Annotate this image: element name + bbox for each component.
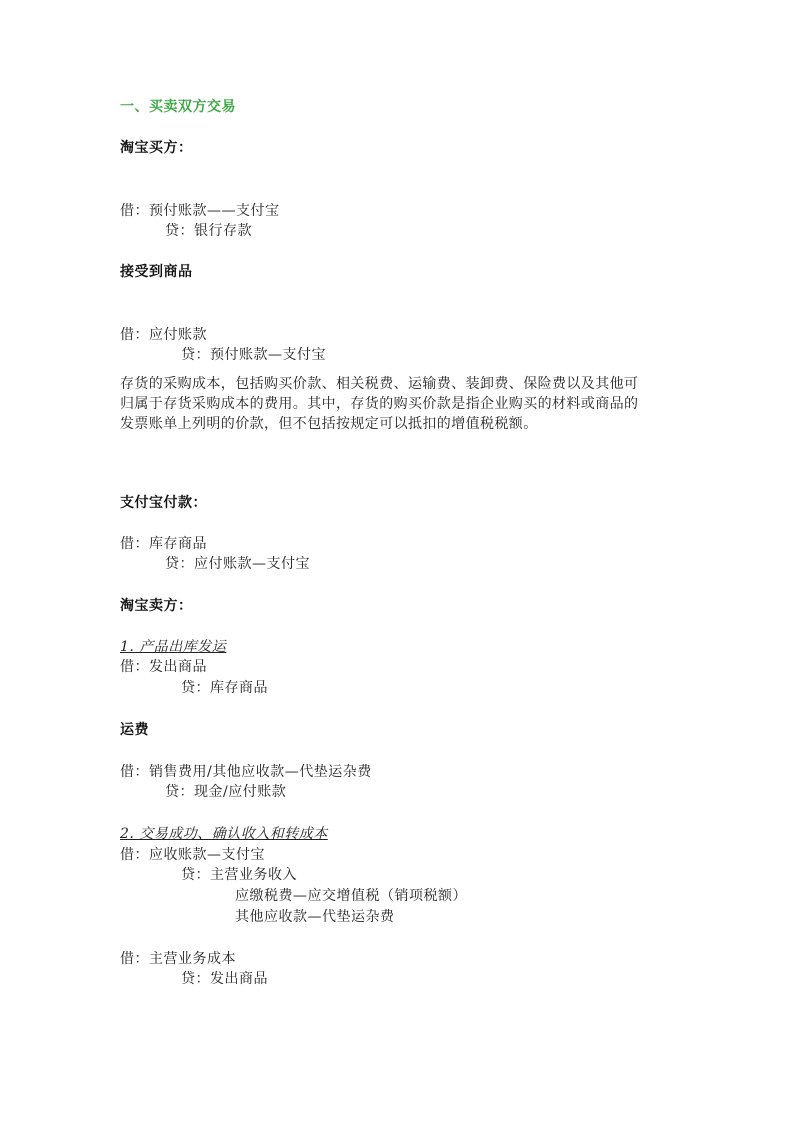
paragraph-line: 发票账单上列明的价款，但不包括按规定可以抵扣的增值税税额。: [120, 414, 680, 434]
buyer-entry2-credit: 贷：预付账款—支付宝: [181, 345, 326, 365]
buyer-entry1-debit: 借：预付账款——支付宝: [120, 201, 280, 221]
step2-credit-freight: 其他应收款—代垫运杂费: [235, 907, 395, 927]
freight-debit: 借：销售费用/其他应收款—代垫运杂费: [120, 762, 372, 782]
buyer-heading: 淘宝买方：: [120, 138, 193, 158]
step2-debit: 借：应收账款—支付宝: [120, 845, 265, 865]
buyer-entry3-debit: 借：库存商品: [120, 534, 207, 554]
buyer-entry1-credit: 贷：银行存款: [165, 221, 252, 241]
step2-label: 2. 交易成功、确认收入和转成本: [120, 824, 328, 844]
buyer-entry3-credit: 贷：应付账款—支付宝: [165, 554, 310, 574]
step2-credit: 贷：主营业务收入: [181, 865, 297, 885]
paragraph-line: 存货的采购成本，包括购买价款、相关税费、运输费、装卸费、保险费以及其他可: [120, 374, 680, 394]
alipay-payment-heading: 支付宝付款：: [120, 493, 207, 513]
step1-credit: 贷：库存商品: [181, 678, 268, 698]
cost-credit: 贷：发出商品: [181, 969, 268, 989]
step1-label: 1. 产品出库发运: [120, 637, 226, 657]
receive-goods-heading: 接受到商品: [120, 262, 193, 282]
purchase-cost-paragraph: 存货的采购成本，包括购买价款、相关税费、运输费、装卸费、保险费以及其他可 归属于…: [120, 374, 680, 434]
buyer-entry2-debit: 借：应付账款: [120, 325, 207, 345]
step2-credit-vat: 应缴税费—应交增值税（销项税额）: [235, 886, 467, 906]
step1-debit: 借：发出商品: [120, 657, 207, 677]
paragraph-line: 归属于存货采购成本的费用。其中，存货的购买价款是指企业购买的材料或商品的: [120, 394, 680, 414]
seller-heading: 淘宝卖方：: [120, 596, 193, 616]
section-title: 一、买卖双方交易: [120, 97, 236, 117]
cost-debit: 借：主营业务成本: [120, 949, 236, 969]
freight-credit: 贷：现金/应付账款: [165, 782, 286, 802]
freight-heading: 运费: [120, 720, 149, 740]
